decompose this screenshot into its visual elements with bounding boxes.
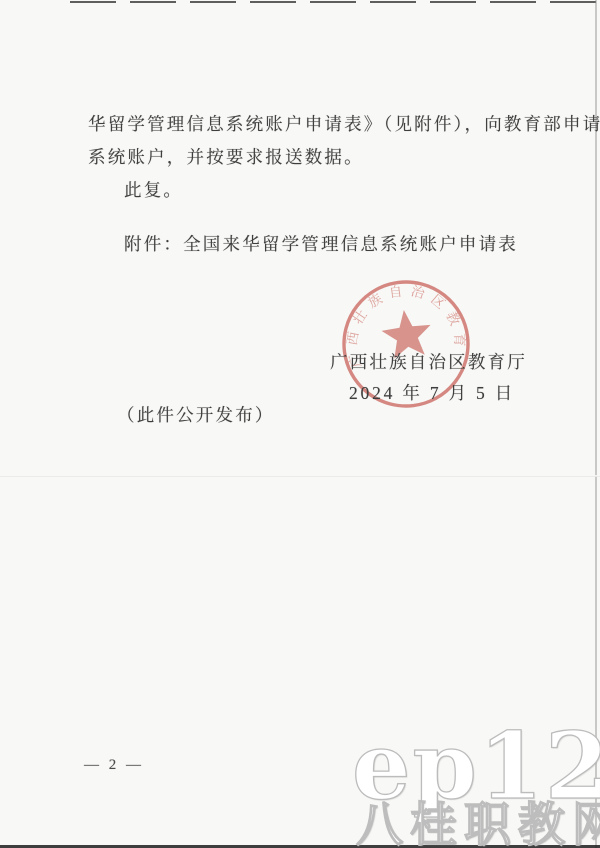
paper-crease-line <box>0 475 600 477</box>
public-release-note: （此件公开发布） <box>117 402 275 427</box>
scanned-document-page: 华留学管理信息系统账户申请表》（见附件），向教育部申请开通 系统账户，并按要求报… <box>0 0 600 848</box>
body-line: 此复。 <box>124 177 183 202</box>
body-line: 系统账户，并按要求报送数据。 <box>88 144 364 169</box>
watermark-name: 八桂职教网 <box>356 788 600 848</box>
body-line: 华留学管理信息系统账户申请表》（见附件），向教育部申请开通 <box>88 111 600 136</box>
page-number: — 2 — <box>84 757 144 774</box>
issue-date: 2024 年 7 月 5 日 <box>349 380 515 405</box>
attachment-line: 附件：全国来华留学管理信息系统账户申请表 <box>124 231 518 256</box>
issuer-signature: 广西壮族自治区教育厅 <box>330 349 527 374</box>
scan-edge-top <box>70 1 598 3</box>
